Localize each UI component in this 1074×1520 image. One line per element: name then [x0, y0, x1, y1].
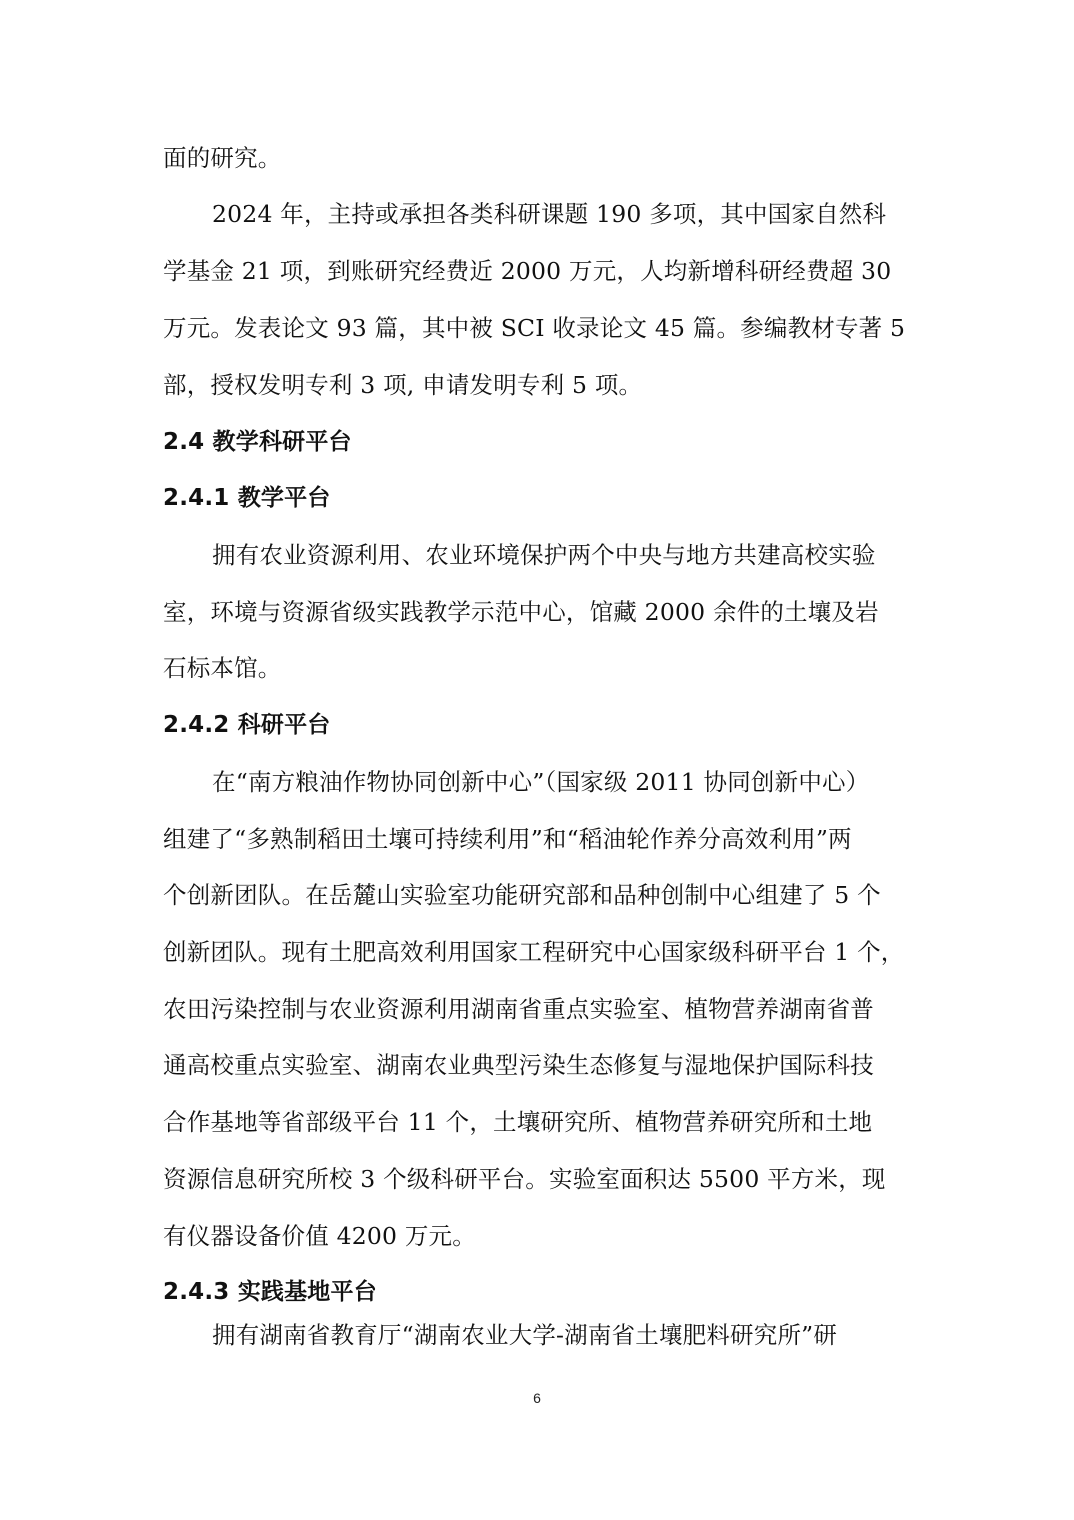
paragraph-line: 室，环境与资源省级实践教学示范中心，馆藏 2000 余件的土壤及岩 [163, 597, 923, 627]
section-heading: 2.4 教学科研平台 [163, 427, 923, 457]
section-heading: 2.4.2 科研平台 [163, 710, 923, 740]
paragraph-line: 农田污染控制与农业资源利用湖南省重点实验室、植物营养湖南省普 [163, 994, 923, 1024]
paragraph-line: 组建了“多熟制稻田土壤可持续利用”和“稻油轮作养分高效利用”两 [163, 824, 923, 854]
paragraph-line: 合作基地等省部级平台 11 个，土壤研究所、植物营养研究所和土地 [163, 1107, 923, 1137]
paragraph-line: 面的研究。 [163, 143, 923, 173]
page-number: 6 [0, 1390, 1074, 1406]
paragraph-line: 拥有农业资源利用、农业环境保护两个中央与地方共建高校实验 [212, 540, 972, 570]
paragraph-line: 石标本馆。 [163, 653, 923, 683]
paragraph-line: 部，授权发明专利 3 项, 申请发明专利 5 项。 [163, 370, 923, 400]
paragraph-line: 创新团队。现有土肥高效利用国家工程研究中心国家级科研平台 1 个， [163, 937, 923, 967]
paragraph-line: 万元。发表论文 93 篇，其中被 SCI 收录论文 45 篇。参编教材专著 5 [163, 313, 923, 343]
section-heading: 2.4.3 实践基地平台 [163, 1277, 923, 1307]
paragraph-line: 2024 年，主持或承担各类科研课题 190 多项，其中国家自然科 [212, 199, 972, 229]
paragraph-line: 在“南方粮油作物协同创新中心”（国家级 2011 协同创新中心） [212, 767, 972, 797]
document-page: 面的研究。2024 年，主持或承担各类科研课题 190 多项，其中国家自然科学基… [0, 0, 1074, 1520]
paragraph-line: 通高校重点实验室、湖南农业典型污染生态修复与湿地保护国际科技 [163, 1050, 923, 1080]
paragraph-line: 学基金 21 项，到账研究经费近 2000 万元，人均新增科研经费超 30 [163, 256, 923, 286]
paragraph-line: 有仪器设备价值 4200 万元。 [163, 1221, 923, 1251]
paragraph-line: 个创新团队。在岳麓山实验室功能研究部和品种创制中心组建了 5 个 [163, 880, 923, 910]
paragraph-line: 资源信息研究所校 3 个级科研平台。实验室面积达 5500 平方米，现 [163, 1164, 923, 1194]
section-heading: 2.4.1 教学平台 [163, 483, 923, 513]
paragraph-line: 拥有湖南省教育厅“湖南农业大学-湖南省土壤肥料研究所”研 [212, 1320, 972, 1350]
